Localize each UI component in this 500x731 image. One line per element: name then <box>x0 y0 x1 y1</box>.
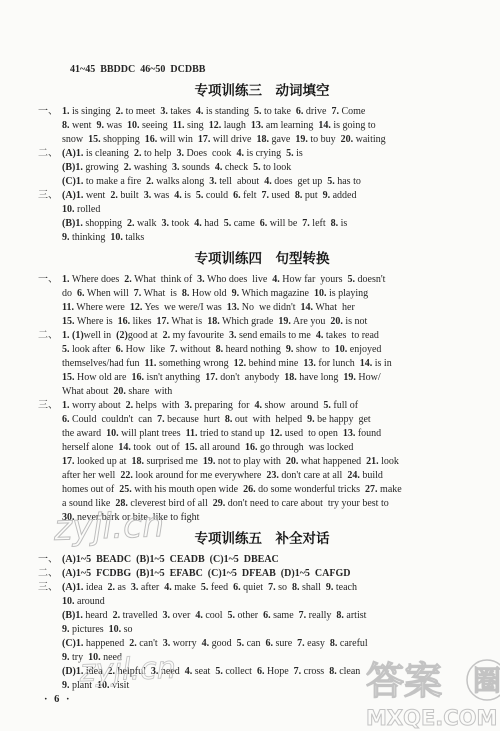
answer-row: 8. went 9. was 10. seeing 11. sing 12. l… <box>38 119 486 133</box>
row-text: (B)1. heard 2. travelled 3. over 4. cool… <box>62 609 486 623</box>
row-marker: 三、 <box>38 189 62 203</box>
row-marker <box>38 455 62 469</box>
answer-row: themselves/had fun 11. something wrong 1… <box>38 357 486 371</box>
row-text: 15. Where is 16. likes 17. What is 18. W… <box>62 315 486 329</box>
row-text: 11. Where were 12. Yes we were/I was 13.… <box>62 301 486 315</box>
answer-row: (C)1. to make a fire 2. walks along 3. t… <box>38 175 486 189</box>
row-text: do 6. When will 7. What is 8. How old 9.… <box>62 287 486 301</box>
row-text: (C)1. to make a fire 2. walks along 3. t… <box>62 175 486 189</box>
scanned-answer-page: 41~45 BBDDC 46~50 DCDBB 专项训练三 动词填空 一、1. … <box>0 0 500 731</box>
answer-row: (B)1. shopping 2. walk 3. took 4. had 5.… <box>38 217 486 231</box>
row-marker: 三、 <box>38 399 62 413</box>
row-marker <box>38 231 62 245</box>
row-text: 1. is singing 2. to meet 3. takes 4. is … <box>62 105 486 119</box>
row-text: (B)1. shopping 2. walk 3. took 4. had 5.… <box>62 217 486 231</box>
answer-row: snow 15. shopping 16. will win 17. will … <box>38 133 486 147</box>
row-marker: 二、 <box>38 329 62 343</box>
answer-row: homes out of 25. with his mouth open wid… <box>38 483 486 497</box>
row-marker <box>38 133 62 147</box>
row-text: 30. never bark or bite like to fight <box>62 511 486 525</box>
row-text: (A)1. went 2. built 3. was 4. is 5. coul… <box>62 189 486 203</box>
row-marker <box>38 343 62 357</box>
row-marker <box>38 161 62 175</box>
answer-row: 三、(A)1. went 2. built 3. was 4. is 5. co… <box>38 189 486 203</box>
row-marker: 三、 <box>38 581 62 595</box>
row-text: 41~45 BBDDC 46~50 DCDBB <box>62 63 486 77</box>
answer-row: 三、(A)1. idea 2. as 3. after 4. make 5. f… <box>38 581 486 595</box>
row-marker <box>38 315 62 329</box>
row-text: 10. around <box>62 595 486 609</box>
answer-row: 15. Where is 16. likes 17. What is 18. W… <box>38 315 486 329</box>
answer-row: (D)1. idea 2. helpful 3. need 4. seat 5.… <box>38 665 486 679</box>
row-marker: 一、 <box>38 105 62 119</box>
answer-row: do 6. When will 7. What is 8. How old 9.… <box>38 287 486 301</box>
row-marker <box>38 357 62 371</box>
row-text: (A)1~5 BEADC (B)1~5 CEADB (C)1~5 DBEAC <box>62 553 486 567</box>
row-text: 9. pictures 10. so <box>62 623 486 637</box>
row-marker <box>38 511 62 525</box>
row-text: (A)1. idea 2. as 3. after 4. make 5. fee… <box>62 581 486 595</box>
row-marker: 二、 <box>38 147 62 161</box>
row-marker <box>38 469 62 483</box>
row-marker <box>38 301 62 315</box>
row-text: the award 10. will plant trees 11. tried… <box>62 427 486 441</box>
answer-row: 9. plant 10. visit <box>38 679 486 693</box>
answer-row: (B)1. heard 2. travelled 3. over 4. cool… <box>38 609 486 623</box>
row-marker <box>38 679 62 693</box>
row-text: (A)1~5 FCDBG (B)1~5 EFABC (C)1~5 DFEAB (… <box>62 567 486 581</box>
answer-row: 15. How old are 16. isn't anything 17. d… <box>38 371 486 385</box>
row-marker <box>38 287 62 301</box>
row-marker: 二、 <box>38 567 62 581</box>
row-marker <box>38 595 62 609</box>
row-text: herself alone 14. took out of 15. all ar… <box>62 441 486 455</box>
row-marker <box>38 483 62 497</box>
row-text: (A)1. is cleaning 2. to help 3. Does coo… <box>62 147 486 161</box>
row-text: themselves/had fun 11. something wrong 1… <box>62 357 486 371</box>
answer-row: herself alone 14. took out of 15. all ar… <box>38 441 486 455</box>
row-marker <box>38 623 62 637</box>
answer-row: 5. look after 6. How like 7. without 8. … <box>38 343 486 357</box>
section-title-sentence-transform: 专项训练四 句型转换 <box>38 250 486 268</box>
answer-row: 9. pictures 10. so <box>38 623 486 637</box>
answer-row: (C)1. happened 2. can't 3. worry 4. good… <box>38 637 486 651</box>
answer-row: 二、(A)1~5 FCDBG (B)1~5 EFABC (C)1~5 DFEAB… <box>38 567 486 581</box>
row-text: (D)1. idea 2. helpful 3. need 4. seat 5.… <box>62 665 486 679</box>
row-marker <box>38 609 62 623</box>
row-text: (B)1. growing 2. washing 3. sounds 4. ch… <box>62 161 486 175</box>
row-marker <box>38 217 62 231</box>
answer-row: What about 20. share with <box>38 385 486 399</box>
row-text: 9. try 10. need <box>62 651 486 665</box>
row-marker <box>38 665 62 679</box>
row-marker <box>38 175 62 189</box>
row-text: 1. Where does 2. What think of 3. Who do… <box>62 273 486 287</box>
row-text: 1. worry about 2. helps with 3. preparin… <box>62 399 486 413</box>
watermark-mxqe-text: MXQE.COM <box>366 706 497 730</box>
row-marker <box>38 637 62 651</box>
answer-row: 10. around <box>38 595 486 609</box>
page-number: · 6 · <box>44 694 72 705</box>
row-text: snow 15. shopping 16. will win 17. will … <box>62 133 486 147</box>
answer-row: (B)1. growing 2. washing 3. sounds 4. ch… <box>38 161 486 175</box>
row-text: 9. plant 10. visit <box>62 679 486 693</box>
answer-row: 10. rolled <box>38 203 486 217</box>
answer-row: 6. Could couldn't can 7. because hurt 8.… <box>38 413 486 427</box>
answer-row: 二、1. (1)well in (2)good at 2. my favouri… <box>38 329 486 343</box>
row-text: (C)1. happened 2. can't 3. worry 4. good… <box>62 637 486 651</box>
answer-row: 17. looked up at 18. surprised me 19. no… <box>38 455 486 469</box>
section-title-verb-fill: 专项训练三 动词填空 <box>38 82 486 100</box>
row-marker <box>38 119 62 133</box>
row-text: after her well 22. look around for me ev… <box>62 469 486 483</box>
row-marker <box>38 427 62 441</box>
answer-row: 一、(A)1~5 BEADC (B)1~5 CEADB (C)1~5 DBEAC <box>38 553 486 567</box>
row-text: 9. thinking 10. talks <box>62 231 486 245</box>
top-answer-line: 41~45 BBDDC 46~50 DCDBB <box>38 63 486 77</box>
row-marker: 一、 <box>38 553 62 567</box>
row-marker: 一、 <box>38 273 62 287</box>
row-text: 10. rolled <box>62 203 486 217</box>
row-text: 6. Could couldn't can 7. because hurt 8.… <box>62 413 486 427</box>
page-content: 41~45 BBDDC 46~50 DCDBB 专项训练三 动词填空 一、1. … <box>38 63 486 693</box>
answer-row: 二、(A)1. is cleaning 2. to help 3. Does c… <box>38 147 486 161</box>
row-marker <box>38 651 62 665</box>
row-marker <box>38 497 62 511</box>
row-text: 8. went 9. was 10. seeing 11. sing 12. l… <box>62 119 486 133</box>
row-marker <box>38 63 62 77</box>
answer-row: 11. Where were 12. Yes we were/I was 13.… <box>38 301 486 315</box>
row-marker <box>38 413 62 427</box>
row-marker <box>38 385 62 399</box>
row-marker <box>38 203 62 217</box>
answer-row: 一、1. Where does 2. What think of 3. Who … <box>38 273 486 287</box>
answer-row: 一、1. is singing 2. to meet 3. takes 4. i… <box>38 105 486 119</box>
section-title-complete-dialogue: 专项训练五 补全对话 <box>38 530 486 548</box>
row-text: 17. looked up at 18. surprised me 19. no… <box>62 455 486 469</box>
answer-row: 9. thinking 10. talks <box>38 231 486 245</box>
row-text: a sound like 28. cleverest bird of all 2… <box>62 497 486 511</box>
row-text: 1. (1)well in (2)good at 2. my favourite… <box>62 329 486 343</box>
row-text: 15. How old are 16. isn't anything 17. d… <box>62 371 486 385</box>
row-text: 5. look after 6. How like 7. without 8. … <box>62 343 486 357</box>
answer-row: 9. try 10. need <box>38 651 486 665</box>
answer-row: the award 10. will plant trees 11. tried… <box>38 427 486 441</box>
row-marker <box>38 441 62 455</box>
answer-row: a sound like 28. cleverest bird of all 2… <box>38 497 486 511</box>
row-text: homes out of 25. with his mouth open wid… <box>62 483 486 497</box>
row-marker <box>38 371 62 385</box>
row-text: What about 20. share with <box>62 385 486 399</box>
answer-row: after her well 22. look around for me ev… <box>38 469 486 483</box>
answer-row: 30. never bark or bite like to fight <box>38 511 486 525</box>
answer-row: 三、1. worry about 2. helps with 3. prepar… <box>38 399 486 413</box>
